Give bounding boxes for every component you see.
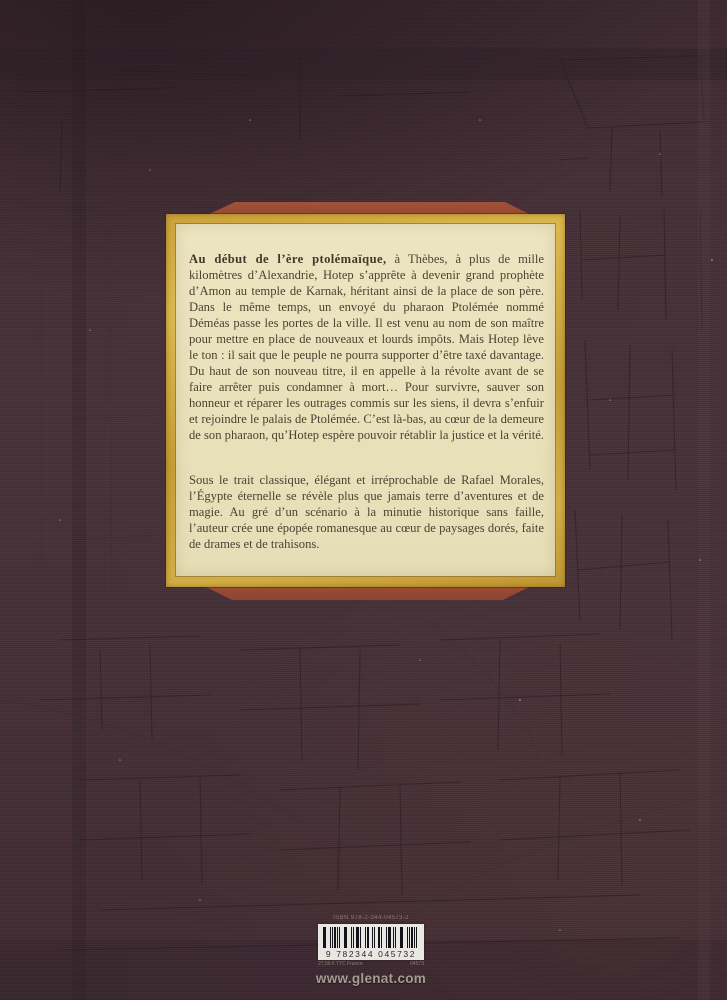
synopsis-paragraph-1-body: à Thèbes, à plus de mille kilomètres d’A… — [189, 252, 544, 442]
barcode: 9 782344 045732 — [318, 924, 424, 960]
isbn-label: ISBN 978-2-344-04573-2 — [310, 915, 432, 921]
price-text: 27,50 € TTC France — [318, 961, 363, 967]
dark-band-top — [0, 48, 727, 80]
synopsis-panel-frame: Au début de l’ère ptolémaïque, à Thèbes,… — [166, 214, 565, 587]
synopsis-lead: Au début de l’ère ptolémaïque, — [189, 252, 387, 266]
synopsis-text: Au début de l’ère ptolémaïque, à Thèbes,… — [176, 224, 555, 576]
barcode-bars-icon — [323, 927, 419, 948]
website-url: www.glenat.com — [296, 971, 446, 986]
synopsis-paragraph-1: Au début de l’ère ptolémaïque, à Thèbes,… — [189, 251, 544, 443]
panel-bottom-ornament — [204, 586, 531, 600]
barcode-number: 9 782344 045732 — [318, 949, 424, 959]
synopsis-paragraph-2: Sous le trait classique, élégant et irré… — [189, 472, 544, 552]
synopsis-panel: Au début de l’ère ptolémaïque, à Thèbes,… — [176, 224, 555, 576]
price-line: 27,50 € TTC France 04573 — [318, 961, 424, 967]
edition-code: 04573 — [410, 961, 424, 967]
